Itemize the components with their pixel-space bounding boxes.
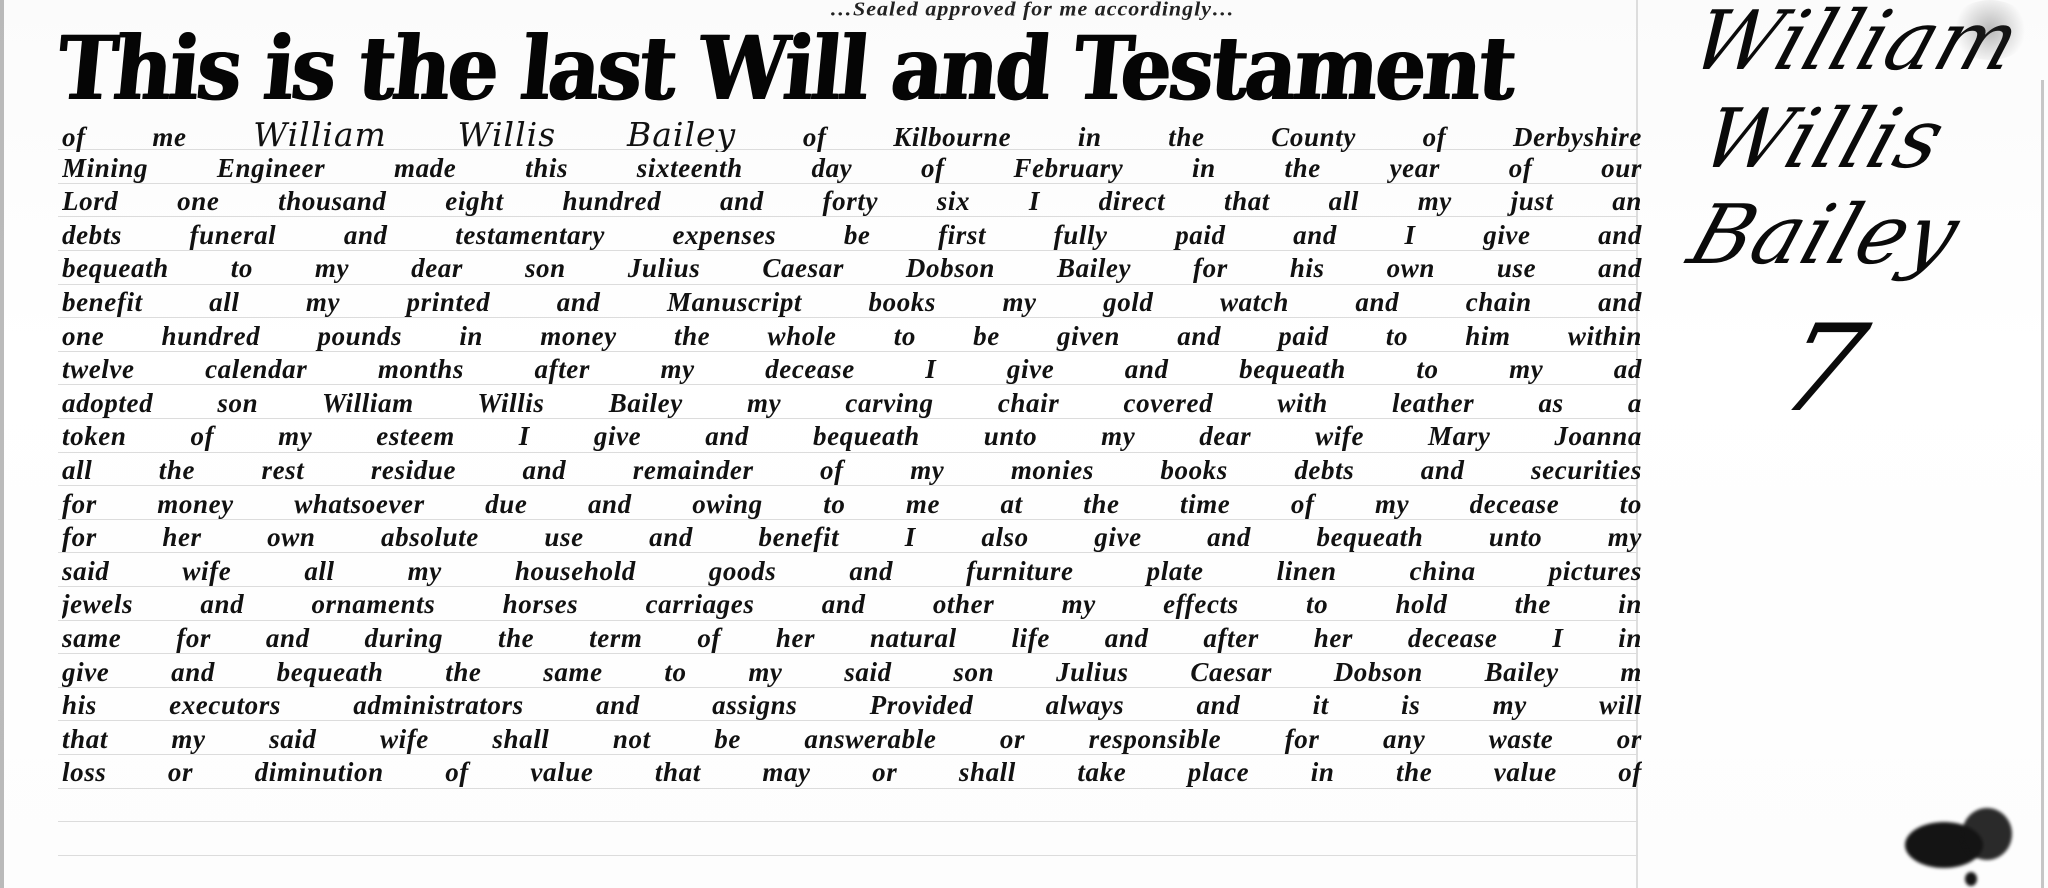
body-line-13: for her own absolute use and benefit I a…	[62, 521, 1642, 555]
body-line-12: for money whatsoever due and owing to me…	[62, 488, 1642, 522]
binding-edge	[0, 0, 4, 888]
line-lead: of me	[62, 122, 187, 152]
ink-blot	[1965, 872, 1977, 886]
body-line-19: that my said wife shall not be answerabl…	[62, 723, 1642, 757]
ink-blot	[1962, 808, 2012, 860]
ruled-line	[58, 821, 1638, 822]
will-heading: This is the last Will and Testament	[52, 18, 1510, 118]
body-line-7: one hundred pounds in money the whole to…	[62, 320, 1642, 354]
body-line-8: twelve calendar months after my decease …	[62, 353, 1642, 387]
body-line-3: Lord one thousand eight hundred and fort…	[62, 185, 1642, 219]
body-line-18: his executors administrators and assigns…	[62, 689, 1642, 723]
body-line-15: jewels and ornaments horses carriages an…	[62, 588, 1642, 622]
body-line-6: benefit all my printed and Manuscript bo…	[62, 286, 1642, 320]
body-line-10: token of my esteem I give and bequeath u…	[62, 420, 1642, 454]
line-rest: of Kilbourne in the County of Derbyshire	[803, 122, 1642, 152]
will-body: of me William Willis Bailey of Kilbourne…	[62, 118, 1642, 790]
manuscript-page: …Sealed approved for me accordingly… Thi…	[0, 0, 2048, 888]
body-line-16: same for and during the term of her natu…	[62, 622, 1642, 656]
body-line-20: loss or diminution of value that may or …	[62, 756, 1642, 790]
body-line-17: give and bequeath the same to my said so…	[62, 656, 1642, 690]
body-line-2: Mining Engineer made this sixteenth day …	[62, 152, 1642, 186]
body-line-1: of me William Willis Bailey of Kilbourne…	[62, 118, 1642, 152]
ruled-line	[58, 855, 1638, 856]
body-line-14: said wife all my household goods and fur…	[62, 555, 1642, 589]
ink-bleed	[1950, 0, 2030, 60]
page-edge	[2041, 80, 2044, 888]
body-line-5: bequeath to my dear son Julius Caesar Do…	[62, 252, 1642, 286]
body-line-11: all the rest residue and remainder of my…	[62, 454, 1642, 488]
margin-signature: William Willis Bailey 7	[1660, 0, 2040, 430]
testator-name: William Willis Bailey	[253, 118, 736, 152]
signature-middle-name: Willis	[1690, 92, 1957, 187]
signature-surname: Bailey	[1678, 188, 1971, 283]
body-line-9: adopted son William Willis Bailey my car…	[62, 387, 1642, 421]
body-line-4: debts funeral and testamentary expenses …	[62, 219, 1642, 253]
folio-number: 7	[1768, 300, 1879, 439]
